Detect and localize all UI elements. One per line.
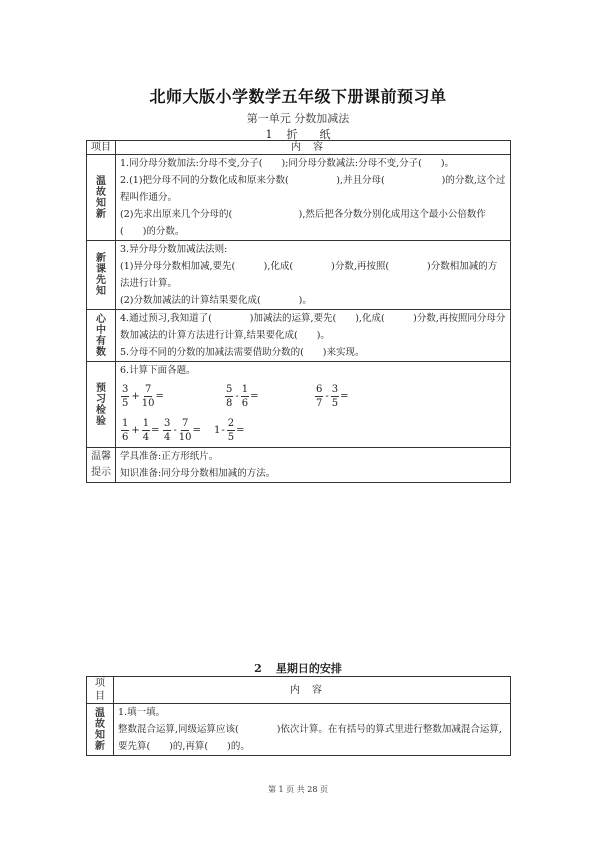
table-header-row: 项目 内容 [87,141,511,155]
section-label: 心中有数 [87,310,116,362]
section-content: 6.计算下面各题。 35 + 710 = 58 - 16 = 67 - 35 [116,362,511,448]
question-line: 5.分母不同的分数的加减法需要借助分数的( )来实现。 [120,344,506,361]
section-tips: 温馨提示 学具准备:正方形纸片。 知识准备:同分母分数相加减的方法。 [87,448,511,483]
exercise-item: 35 + 710 = [120,383,224,410]
question-line: (2)先求出原来几个分母的( ),然后把各分数分别化成用这个最小公倍数作( )的… [120,206,506,240]
tip-line: 知识准备:同分母分数相加减的方法。 [120,465,506,482]
section-content: 3.异分母分数加减法法则: (1)异分母分数相加减,要先( ),化成( )分数,… [116,241,511,310]
header-label: 项目 [87,677,114,704]
question-line: 1.填一填。 [118,704,506,721]
exercise-item: 34 - 710 = [162,417,214,444]
section-content: 1.填一填。 整数混合运算,同级运算应该( )依次计算。在有括号的算式里进行整数… [114,704,511,756]
lesson-2-title: 2星期日的安排 [0,660,596,676]
lesson-1-table: 项目 内容 温故知新 1.同分母分数加法:分母不变,分子( );同分母分数减法:… [86,140,511,483]
page-title: 北师大版小学数学五年级下册课前预习单 [0,84,596,107]
page-footer: 第 1 页 共 28 页 [0,784,596,795]
section-content: 1.同分母分数加法:分母不变,分子( );同分母分数减法:分母不变,分子( )。… [116,155,511,241]
exercise-row: 16 + 14 = 34 - 710 = 1 - 25 = [120,413,506,447]
question-line: 4.通过预习,我知道了( )加减法的运算,要先( ),化成( )分数,再按照同分… [120,310,506,344]
question-line: 整数混合运算,同级运算应该( )依次计算。在有括号的算式里进行整数加减混合运算,… [118,721,506,755]
section-content: 4.通过预习,我知道了( )加减法的运算,要先( ),化成( )分数,再按照同分… [116,310,511,362]
section-new-lesson: 新课先知 3.异分母分数加减法法则: (1)异分母分数相加减,要先( ),化成(… [87,241,511,310]
question-line: 6.计算下面各题。 [120,362,506,379]
section-review: 温故知新 1.填一填。 整数混合运算,同级运算应该( )依次计算。在有括号的算式… [87,704,511,756]
unit-subtitle: 第一单元 分数加减法 [0,110,596,126]
section-content: 学具准备:正方形纸片。 知识准备:同分母分数相加减的方法。 [116,448,511,483]
question-line: 3.异分母分数加减法法则: [120,241,506,258]
section-label: 预习检验 [87,362,116,448]
lesson-name: 星期日的安排 [276,662,342,675]
lesson-number: 2 [254,662,262,675]
section-label: 温故知新 [87,155,116,241]
section-review: 温故知新 1.同分母分数加法:分母不变,分子( );同分母分数减法:分母不变,分… [87,155,511,241]
header-content: 内容 [116,141,511,155]
tip-line: 学具准备:正方形纸片。 [120,448,506,465]
exercise-item: 1 - 25 = [214,417,245,444]
exercise-item: 16 + 14 = [120,417,162,444]
exercise-item: 58 - 16 = [224,383,314,410]
header-label: 项目 [87,141,116,155]
section-label: 温馨提示 [87,448,116,483]
section-label: 新课先知 [87,241,116,310]
question-line: 1.同分母分数加法:分母不变,分子( );同分母分数减法:分母不变,分子( )。 [120,155,506,172]
exercise-row: 35 + 710 = 58 - 16 = 67 - 35 = [120,379,506,413]
section-practice: 预习检验 6.计算下面各题。 35 + 710 = 58 - 16 = 67 [87,362,511,448]
question-line: (1)异分母分数相加减,要先( ),化成( )分数,再按照( )分数相加减的方法… [120,258,506,292]
question-line: (2)分数加减法的计算结果要化成( )。 [120,292,506,309]
table-header-row: 项目 内容 [87,677,511,704]
exercise-item: 67 - 35 = [314,383,349,410]
section-summary: 心中有数 4.通过预习,我知道了( )加减法的运算,要先( ),化成( )分数,… [87,310,511,362]
header-content: 内容 [114,677,511,704]
lesson-2-table: 项目 内容 温故知新 1.填一填。 整数混合运算,同级运算应该( )依次计算。在… [86,676,511,756]
question-line: 2.(1)把分母不同的分数化成和原来分数( ),并且分母( )的分数,这个过程叫… [120,172,506,206]
section-label: 温故知新 [87,704,114,756]
